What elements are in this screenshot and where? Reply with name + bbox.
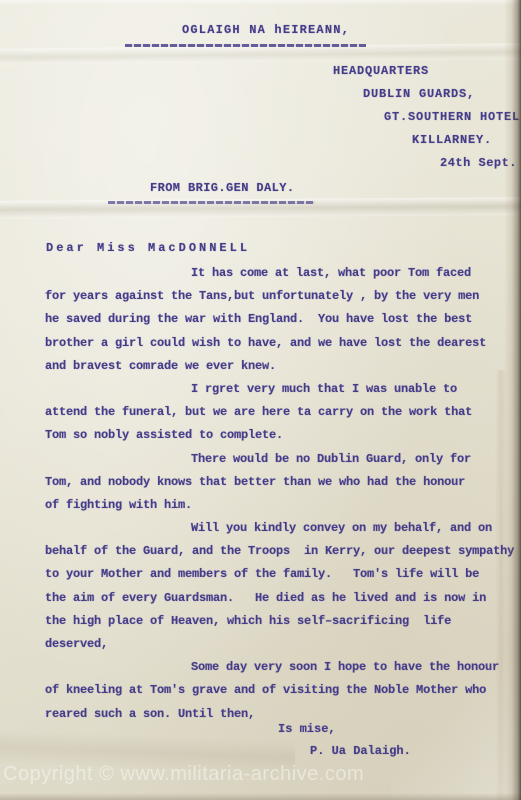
scan-edge-top <box>0 0 521 5</box>
letterhead-town: KILLARNEY. <box>412 133 492 147</box>
letterhead-underline <box>125 44 366 47</box>
body-line: he saved during the war with England. Yo… <box>45 308 521 331</box>
body-line: behalf of the Guard, and the Troops in K… <box>45 540 521 563</box>
letterhead-unit: DUBLIN GUARDS, <box>363 87 475 101</box>
from-line: FROM BRIG.GEN DALY. <box>150 181 294 195</box>
body-line: of kneeling at Tom's grave and of visiti… <box>45 679 521 702</box>
body-line: Tom, and nobody knows that better than w… <box>45 471 521 494</box>
letterhead-headquarters: HEADQUARTERS <box>333 64 429 78</box>
body-line: deserved, <box>45 633 521 656</box>
body-line: Tom so nobly assisted to complete. <box>45 424 521 447</box>
body-line: the high place of Heaven, which his self… <box>45 610 521 633</box>
body-line: for years against the Tans,but unfortuna… <box>45 285 521 308</box>
body-line: It has come at last, what poor Tom faced <box>45 262 521 285</box>
signature-name: P. Ua Dalaigh. <box>310 744 411 758</box>
body-line: brother a girl could wish to have, and w… <box>45 332 521 355</box>
body-line: the aim of every Guardsman. He died as h… <box>45 587 521 610</box>
letter-body: It has come at last, what poor Tom faced… <box>45 262 521 726</box>
watermark: Copyright © www.militaria-archive.com <box>3 763 364 786</box>
signoff-valediction: Is mise, <box>278 722 336 736</box>
scan-edge-bottom <box>0 793 521 800</box>
body-line: of fighting with him. <box>45 494 521 517</box>
letter-date: 24th Sept. <box>440 156 517 170</box>
body-line: and bravest comrade we ever knew. <box>45 355 521 378</box>
letterhead-hotel: GT.SOUTHERN HOTEL <box>384 110 520 124</box>
salutation: Dear Miss MacDONNELL <box>46 241 250 255</box>
body-line: to your Mother and members of the family… <box>45 563 521 586</box>
scanned-letter: OGLAIGH NA hEIREANN, HEADQUARTERS DUBLIN… <box>0 0 521 800</box>
body-line: attend the funeral, but we are here ta c… <box>45 401 521 424</box>
letterhead-org-title: OGLAIGH NA hEIREANN, <box>182 23 350 37</box>
body-line: There would be no Dublin Guard, only for <box>45 448 521 471</box>
body-line: Some day very soon I hope to have the ho… <box>45 656 521 679</box>
from-underline <box>108 201 315 204</box>
body-line: Will you kindly convey on my behalf, and… <box>45 517 521 540</box>
body-line: I rgret very much that I was unable to <box>45 378 521 401</box>
